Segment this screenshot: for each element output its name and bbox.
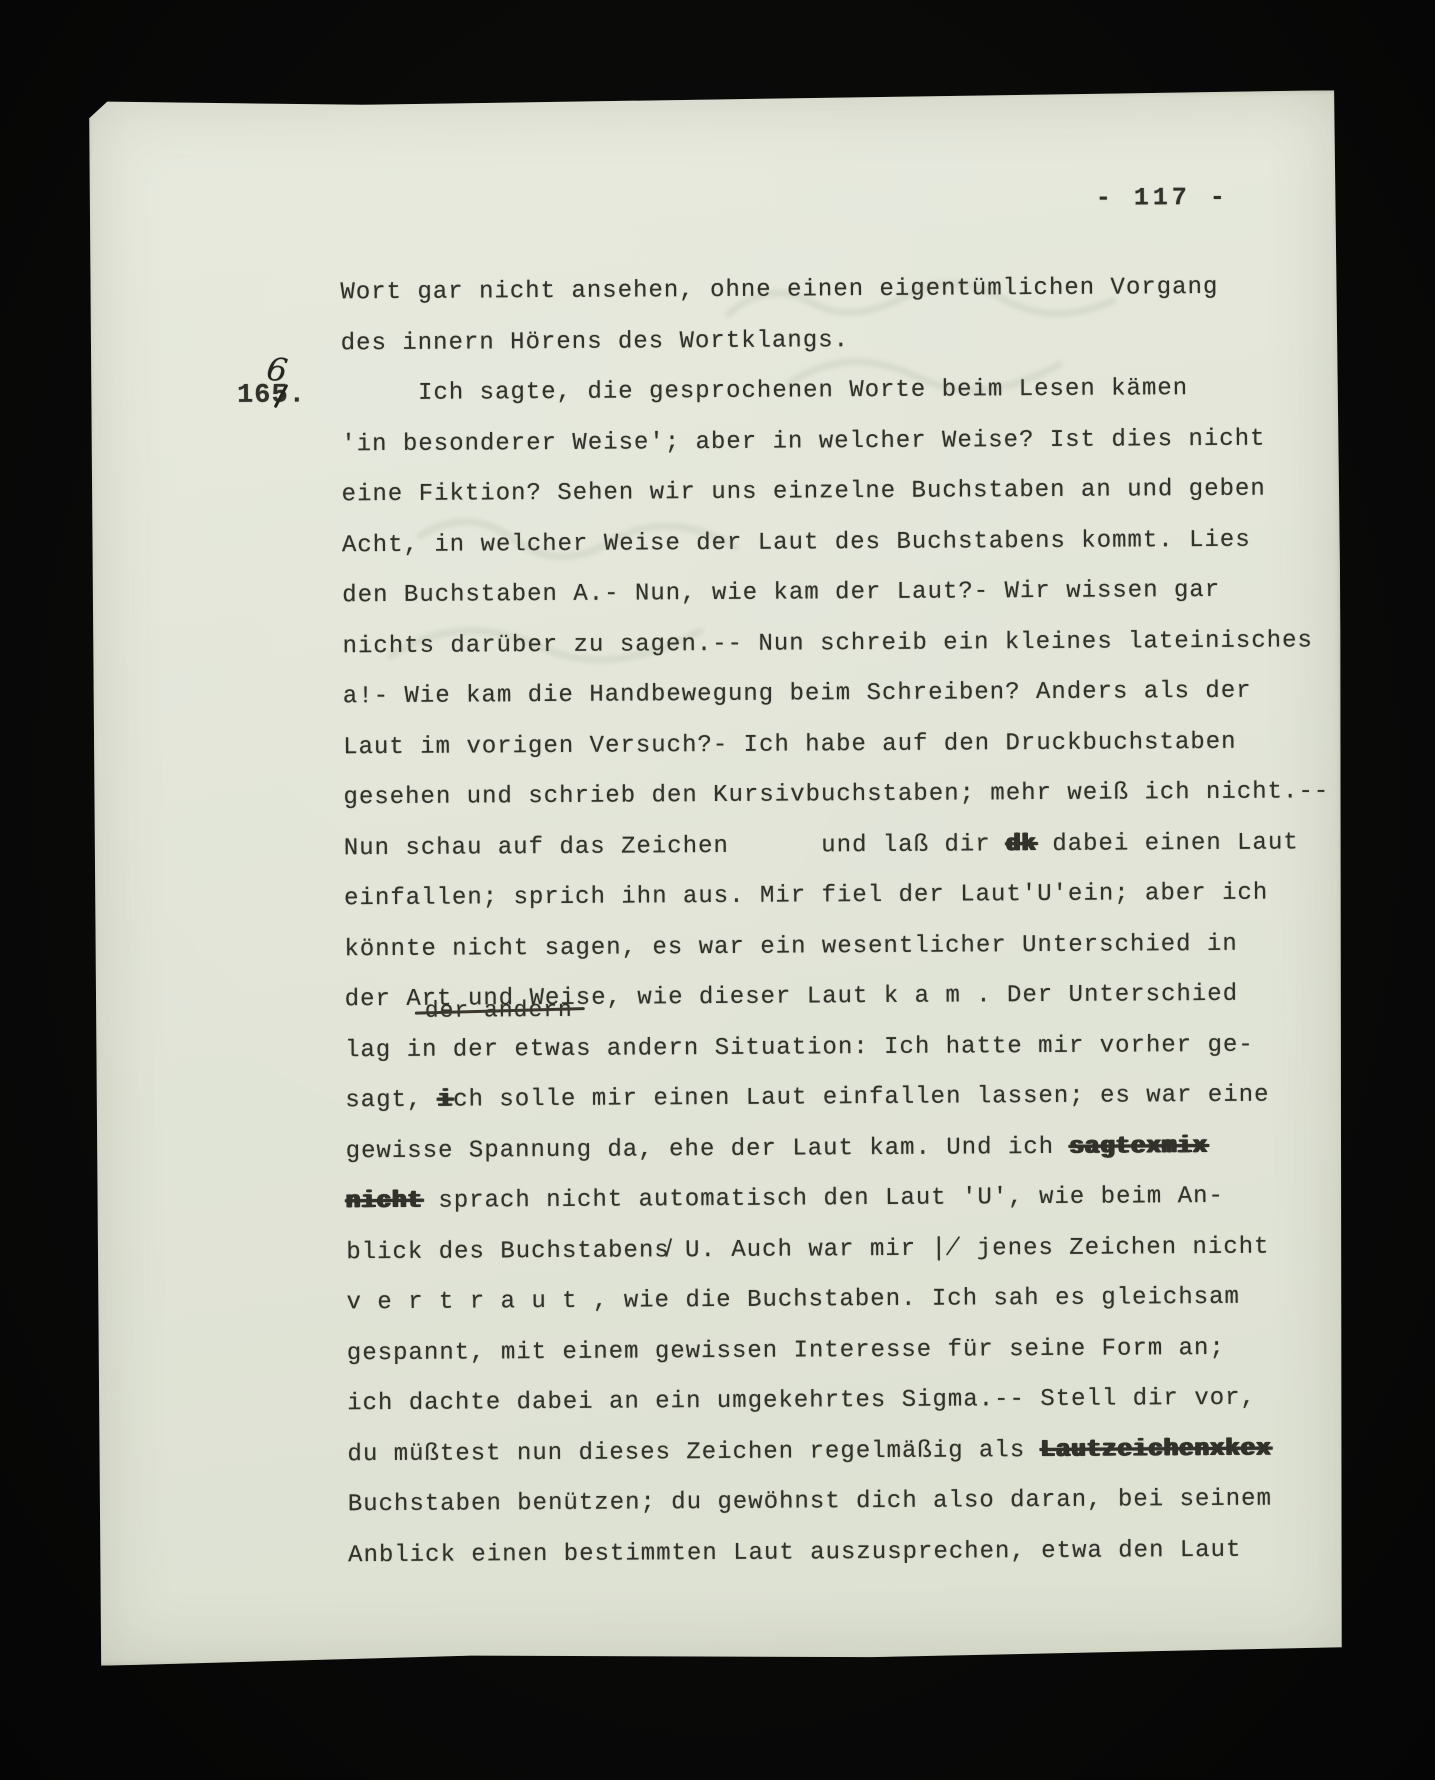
typed-text: gesehen und schrieb den Kursivbuchstaben… bbox=[343, 778, 1329, 811]
typed-text: a!- Wie kam die Handbewegung beim Schrei… bbox=[343, 678, 1252, 711]
text-line: Buchstaben benützen; du gewöhnst dich al… bbox=[348, 1474, 1348, 1531]
typed-text: dabei einen Laut bbox=[1037, 829, 1299, 858]
typed-text: ch solle mir einen Laut einfallen lassen… bbox=[453, 1082, 1269, 1114]
typed-text: lag in der etwas andern Situation: Ich h… bbox=[345, 1031, 1254, 1064]
typed-text: Anblick einen bestimmten Laut auszusprec… bbox=[348, 1536, 1241, 1568]
typed-text: du müßtest nun dieses Zeichen regelmäßig… bbox=[347, 1437, 1040, 1468]
text-line: könnte nicht sagen, es war ein wesentlic… bbox=[344, 919, 1344, 976]
text-line: einfallen; sprich ihn aus. Mir fiel der … bbox=[344, 868, 1344, 925]
document-page: - 117 - 165. 6 Wort gar nicht ansehen, o… bbox=[87, 90, 1347, 1666]
typed-text: v e r t r a u t , wie die Buchstaben. Ic… bbox=[347, 1284, 1240, 1316]
text-line: ich dachte dabei an ein umgekehrtes Sigm… bbox=[347, 1373, 1347, 1430]
text-line: Nun schau auf das Zeichenund laß dir dk … bbox=[344, 818, 1344, 875]
text-line: gesehen und schrieb den Kursivbuchstaben… bbox=[343, 767, 1343, 824]
typed-text: des innern Hörens des Wortklangs. bbox=[341, 327, 849, 357]
text-line: v e r t r a u t , wie die Buchstaben. Ic… bbox=[346, 1272, 1346, 1329]
text-line: Ich sagte, die gesprochenen Worte beim L… bbox=[341, 363, 1341, 420]
text-line: Laut im vorigen Versuch?- Ich habe auf d… bbox=[343, 717, 1343, 774]
text-line: des innern Hörens des Wortklangs. bbox=[341, 313, 1341, 370]
text-line: nichts darüber zu sagen.-- Nun schreib e… bbox=[342, 616, 1342, 673]
typed-text: einfallen; sprich ihn aus. Mir fiel der … bbox=[344, 880, 1268, 913]
typed-gap bbox=[729, 851, 821, 852]
typed-strike: der andern bbox=[425, 996, 573, 1023]
text-line: sagt, ich solle mir einen Laut einfallen… bbox=[345, 1070, 1345, 1127]
text-line: blick des Buchstabens̸ U. Auch war mir ∤… bbox=[346, 1222, 1346, 1279]
typed-text: gespannt, mit einem gewissen Interesse f… bbox=[347, 1334, 1225, 1366]
typed-text: nichts darüber zu sagen.-- Nun schreib e… bbox=[342, 627, 1313, 660]
text-line: nicht sprach nicht automatisch den Laut … bbox=[346, 1171, 1346, 1228]
typed-text: Nun schau auf das Zeichen bbox=[344, 832, 729, 861]
text-line: gewisse Spannung da, ehe der Laut kam. U… bbox=[346, 1121, 1346, 1178]
typed-text: gewisse Spannung da, ehe der Laut kam. U… bbox=[346, 1133, 1070, 1164]
typed-text: Acht, in welcher Weise der Laut des Buch… bbox=[342, 526, 1251, 559]
typed-overtype: Lautzeichenxkex bbox=[1041, 1435, 1272, 1463]
typed-overtype: i bbox=[438, 1087, 454, 1114]
typed-overtype: nicht bbox=[346, 1188, 423, 1215]
typed-text: eine Fiktion? Sehen wir uns einzelne Buc… bbox=[342, 476, 1266, 509]
text-line: Anblick einen bestimmten Laut auszusprec… bbox=[348, 1525, 1348, 1582]
scan-background: { "document": { "kind": "typewritten man… bbox=[0, 0, 1435, 1780]
text-line: a!- Wie kam die Handbewegung beim Schrei… bbox=[343, 666, 1343, 723]
typed-text: könnte nicht sagen, es war ein wesentlic… bbox=[344, 930, 1237, 962]
typed-text: ich dachte dabei an ein umgekehrtes Sigm… bbox=[347, 1385, 1256, 1418]
typed-text: 'in besonderer Weise'; aber in welcher W… bbox=[341, 425, 1265, 458]
typed-overtype: sagtexmix bbox=[1069, 1133, 1208, 1161]
typed-text: Laut im vorigen Versuch?- Ich habe auf d… bbox=[343, 728, 1236, 760]
typed-text: sprach nicht automatisch den Laut 'U', w… bbox=[423, 1183, 1224, 1215]
text-line: lag in der etwas andern Situation: Ich h… bbox=[345, 1020, 1345, 1077]
typed-text: blick des Buchstabens̸ U. Auch war mir ∤… bbox=[346, 1233, 1269, 1266]
text-line: eine Fiktion? Sehen wir uns einzelne Buc… bbox=[342, 464, 1342, 521]
typed-text: und laß dir bbox=[821, 831, 1006, 859]
typed-text: Wort gar nicht ansehen, ohne einen eigen… bbox=[340, 274, 1218, 306]
text-line: Acht, in welcher Weise der Laut des Buch… bbox=[342, 515, 1342, 572]
page-number: - 117 - bbox=[1096, 183, 1229, 213]
typed-text: Buchstaben benützen; du gewöhnst dich al… bbox=[348, 1486, 1272, 1519]
section-number: 165. 6 bbox=[237, 381, 306, 411]
text-line: gespannt, mit einem gewissen Interesse f… bbox=[347, 1323, 1347, 1380]
typed-text: Ich sagte, die gesprochenen Worte beim L… bbox=[418, 375, 1188, 407]
typed-text: sagt, bbox=[345, 1087, 438, 1115]
typed-overtype: dk bbox=[1006, 831, 1037, 858]
section-number-dot: . bbox=[289, 381, 306, 411]
text-line: den Buchstaben A.- Nun, wie kam der Laut… bbox=[342, 565, 1342, 622]
body-text: Wort gar nicht ansehen, ohne einen eigen… bbox=[340, 262, 1348, 1581]
text-line: du müßtest nun dieses Zeichen regelmäßig… bbox=[347, 1424, 1347, 1481]
text-line: 'in besonderer Weise'; aber in welcher W… bbox=[341, 414, 1341, 471]
text-line: Wort gar nicht ansehen, ohne einen eigen… bbox=[340, 262, 1340, 319]
typed-text: den Buchstaben A.- Nun, wie kam der Laut… bbox=[342, 577, 1220, 609]
